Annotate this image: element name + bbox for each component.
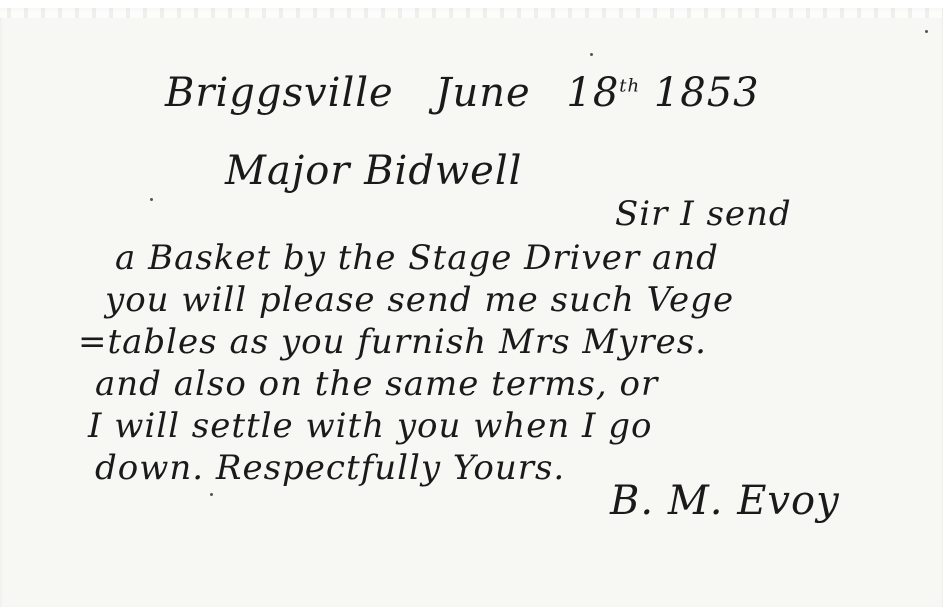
body-line-4: =tables as you furnish Mrs Myres. xyxy=(78,322,707,362)
speck xyxy=(210,493,213,496)
body-line-2: a Basket by the Stage Driver and xyxy=(115,238,719,278)
date-year: 1853 xyxy=(654,70,760,116)
signature: B. M. Evoy xyxy=(610,478,840,524)
closing-line: down. Respectfully Yours. xyxy=(95,448,565,488)
body-line-6: I will settle with you when I go xyxy=(88,406,653,446)
body-line-5: and also on the same terms, or xyxy=(95,364,658,404)
body-line-1: Sir I send xyxy=(615,194,792,234)
torn-edge xyxy=(0,8,943,18)
speck xyxy=(590,53,593,56)
place: Briggsville xyxy=(165,70,394,116)
letter-paper: Briggsville June 18th 1853 Major Bidwell… xyxy=(0,8,943,607)
speck xyxy=(150,198,153,201)
dateline: Briggsville June 18th 1853 xyxy=(165,70,760,116)
body-line-3: you will please send me such Vege xyxy=(105,280,734,320)
date-suffix: th xyxy=(619,76,640,97)
date-day: 18 xyxy=(566,70,619,116)
speck xyxy=(925,30,928,33)
salutation: Major Bidwell xyxy=(225,148,522,194)
date-month: June xyxy=(435,70,530,116)
